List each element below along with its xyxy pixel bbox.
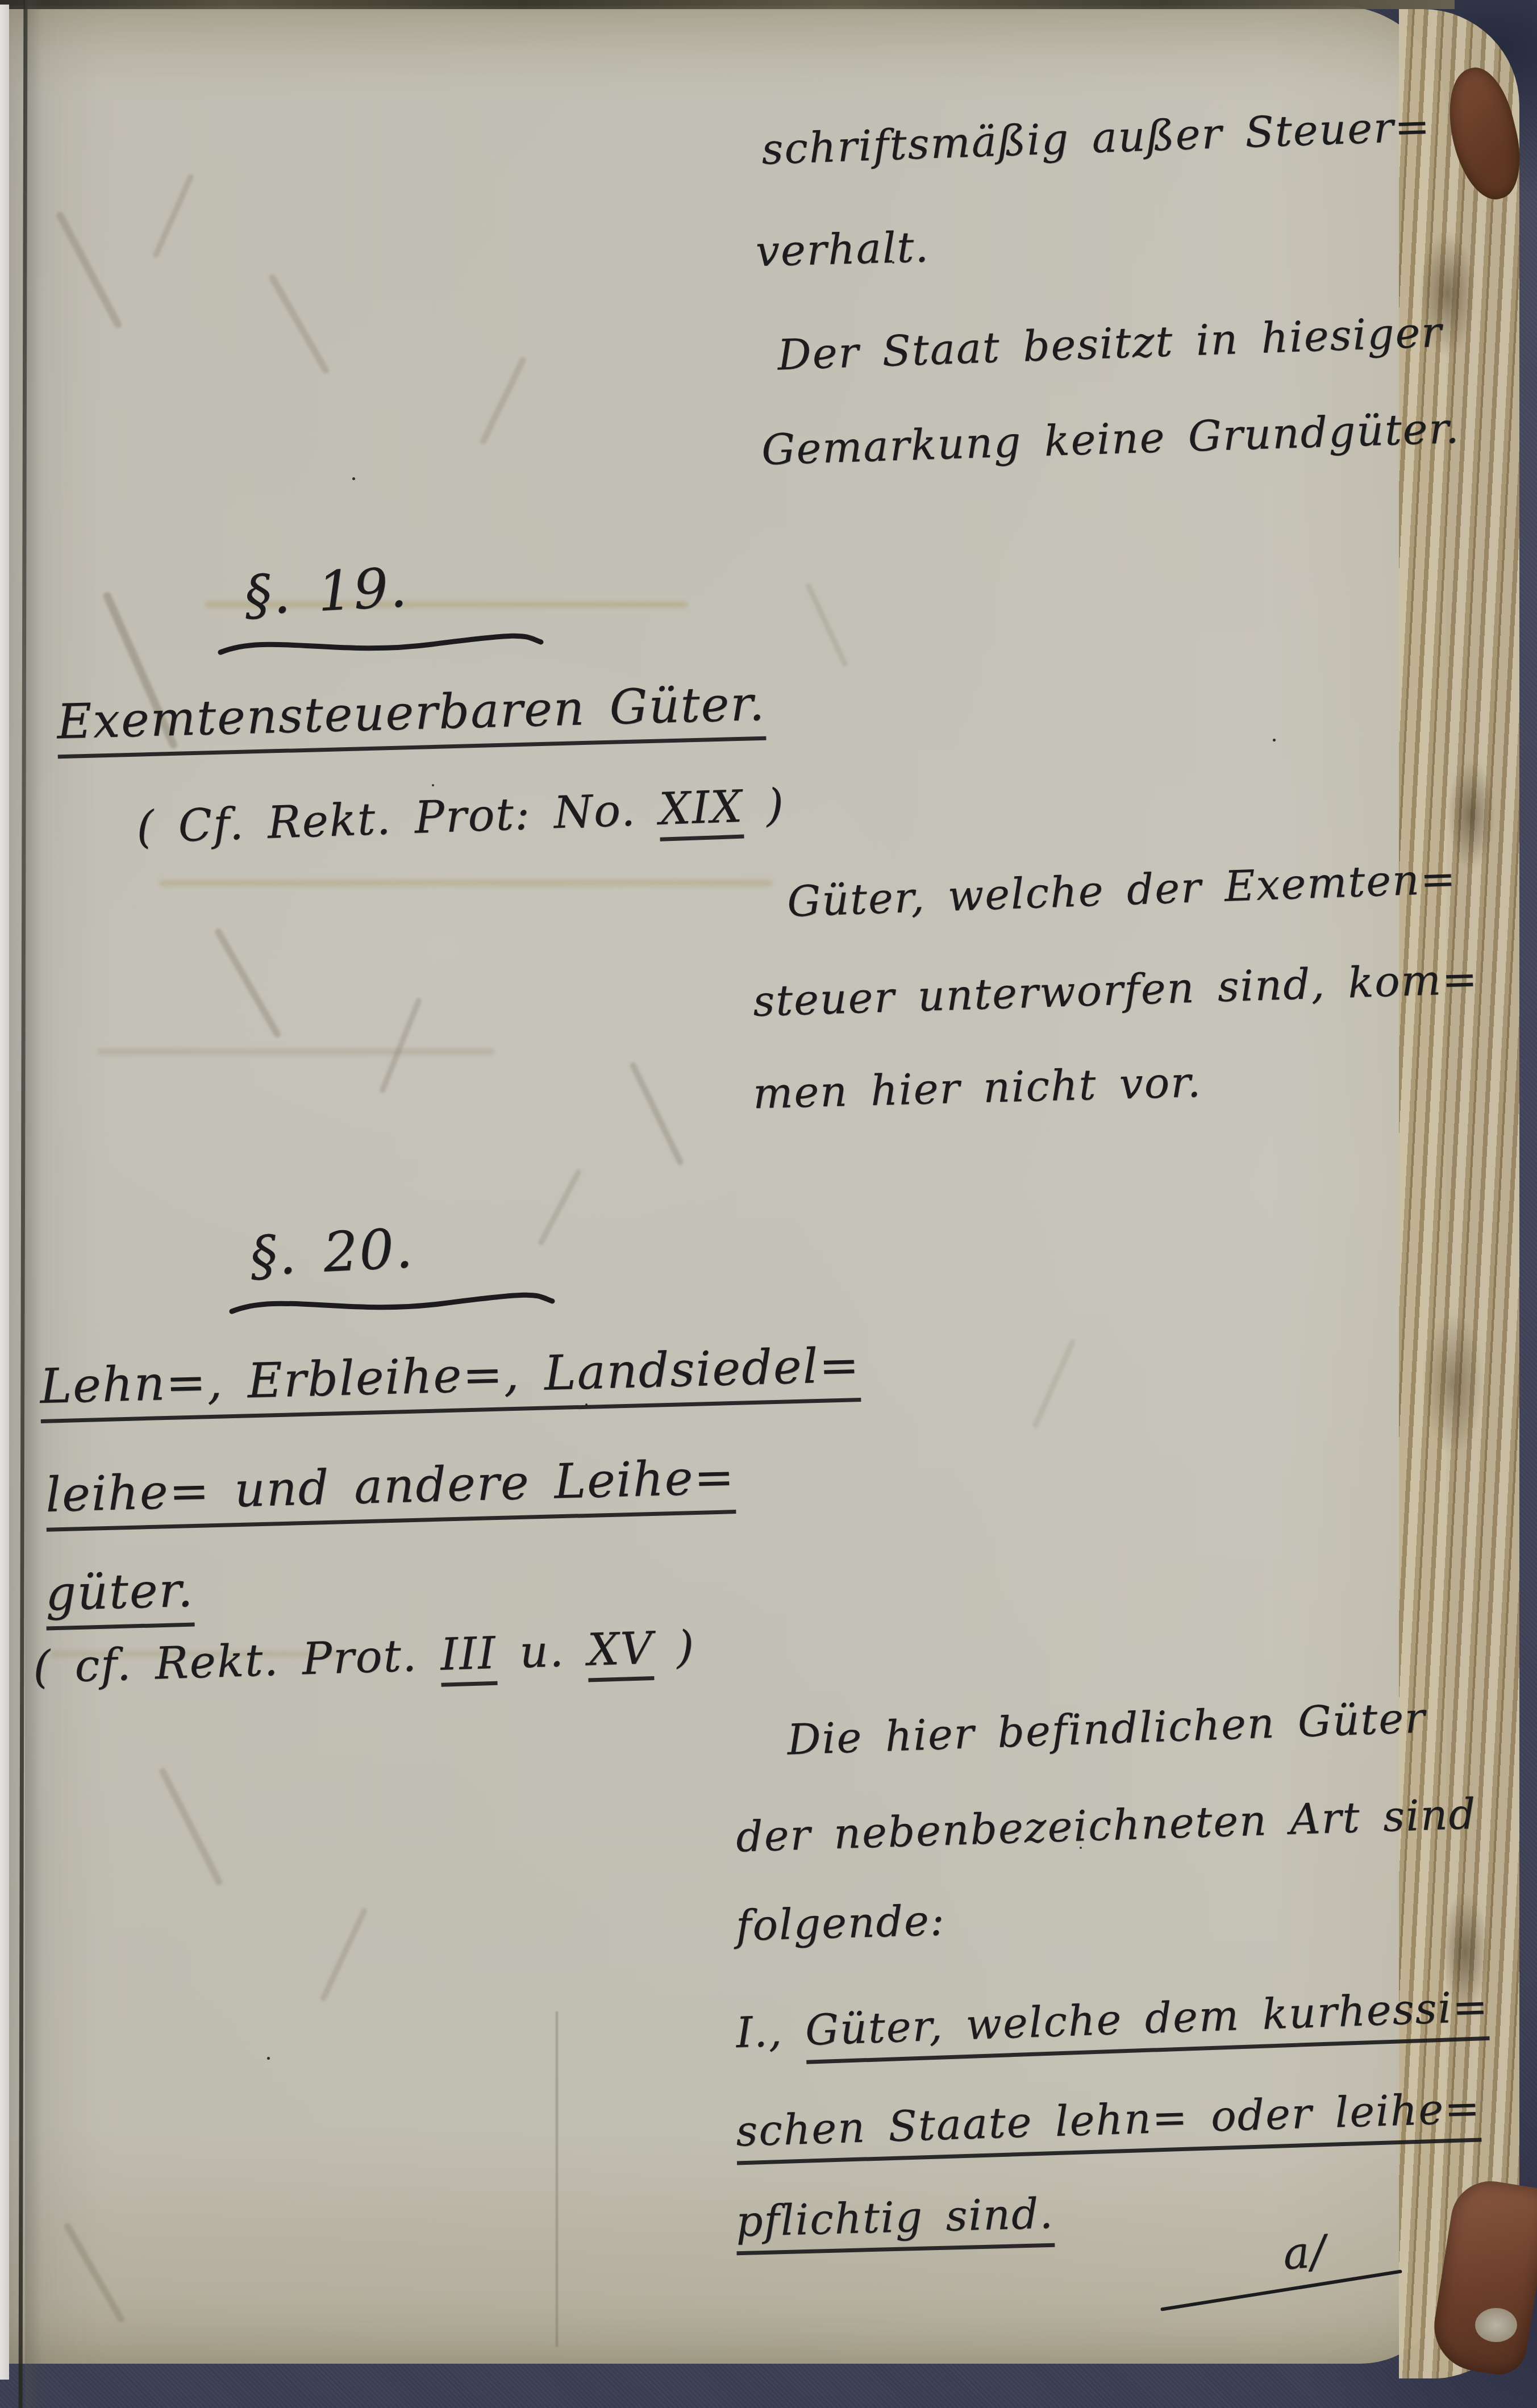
page-top-edge <box>0 0 1455 9</box>
worn-corner-spot <box>1475 2308 1517 2342</box>
handwritten-line: folgende: <box>735 1896 946 1951</box>
section-19-number: §. 19. <box>243 556 409 628</box>
paper-fold-crease <box>556 2011 558 2347</box>
paper-speck <box>352 477 355 480</box>
section-20-title-text: güter. <box>45 1562 195 1631</box>
flourish-underline <box>227 1289 557 1323</box>
reference-roman-numeral: III <box>440 1628 498 1687</box>
reference-suffix: ) <box>742 780 785 832</box>
stain-streak <box>159 880 773 886</box>
page-bottom-edge <box>0 2342 1500 2408</box>
reference-suffix: ) <box>653 1622 696 1674</box>
reference-roman-numeral: XIX <box>658 781 744 841</box>
list-item-line: pflichtig sind. <box>735 2189 1055 2247</box>
section-20-title-line: güter. <box>45 1562 194 1622</box>
list-item-numeral: I., <box>735 2007 784 2057</box>
scanned-manuscript-page: schriftsmäßig außer Steuer= verhalt. Der… <box>0 0 1537 2408</box>
catchword: a/ <box>1281 2226 1328 2280</box>
paper-speck <box>1273 739 1276 741</box>
paper-speck <box>432 784 434 786</box>
binding-crease-shadow <box>25 0 42 2408</box>
handwritten-line: verhalt. <box>755 223 930 276</box>
reference-roman-numeral: XV <box>587 1623 655 1682</box>
stain-streak <box>97 1048 494 1055</box>
list-item-text: pflichtig sind. <box>735 2189 1055 2256</box>
gutter-page-strip <box>0 5 9 2380</box>
paper-speck <box>267 2057 270 2060</box>
reference-mid: u. <box>495 1625 588 1679</box>
flourish-underline <box>216 630 545 664</box>
section-20-number: §. 20. <box>248 1217 415 1289</box>
